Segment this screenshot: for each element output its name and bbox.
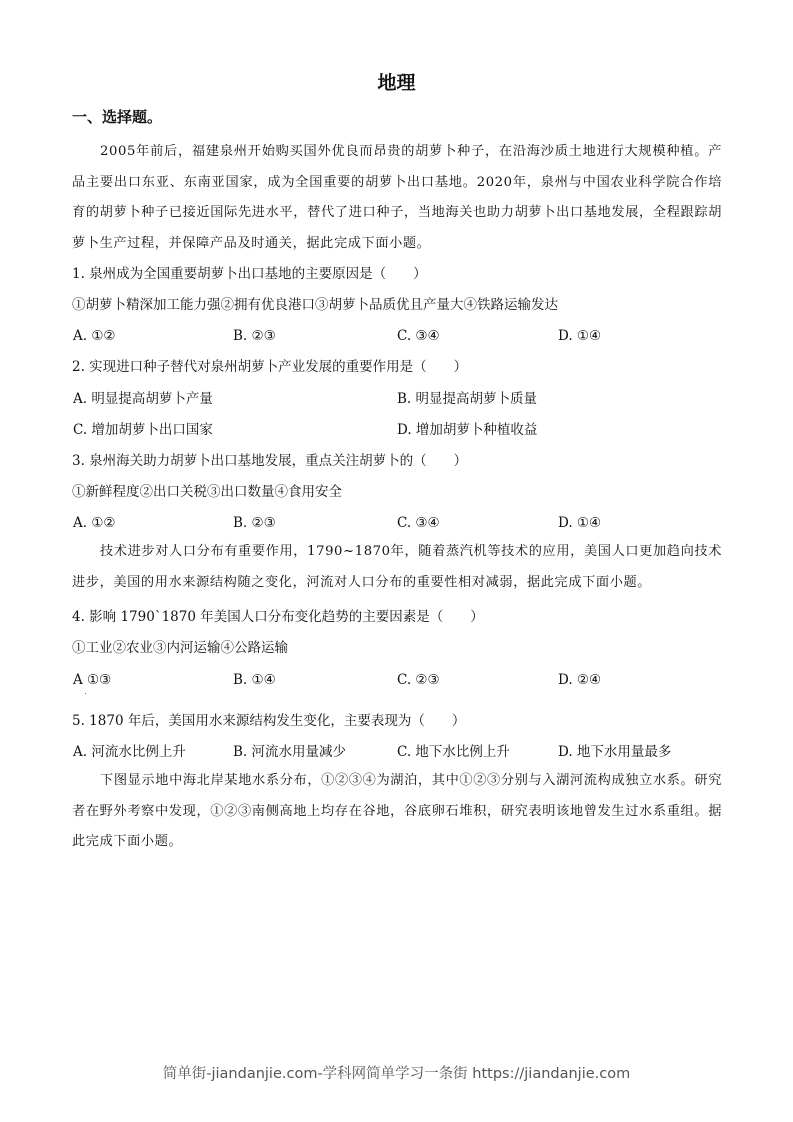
question-1-items: ①胡萝卜精深加工能力强②拥有优良港口③胡萝卜品质优且产量大④铁路运输发达 — [72, 295, 558, 315]
question-5-option-b[interactable]: B. 河流水用量减少 — [233, 742, 346, 762]
question-4-option-b[interactable]: B. ①④ — [233, 670, 276, 690]
question-3-option-d[interactable]: D. ①④ — [558, 513, 601, 533]
footer-watermark: 简单街-jiandanjie.com-学科网简单学习一条街 https://ji… — [0, 1062, 793, 1083]
question-5-stem: 5. 1870 年后，美国用水来源结构发生变化，主要表现为（ ） — [72, 711, 465, 731]
passage-drainage: 下图显示地中海北岸某地水系分布，①②③④为湖泊，其中①②③分别与入湖河流构成独立… — [72, 766, 722, 858]
question-4-items: ①工业②农业③内河运输④公路运输 — [72, 638, 288, 658]
question-3-option-a[interactable]: A. ①② — [73, 513, 116, 533]
question-4-option-a[interactable]: A ①③ — [73, 670, 111, 690]
passage-population: 技术进步对人口分布有重要作用，1790~1870年，随着蒸汽机等技术的应用，美国… — [72, 537, 722, 598]
question-1-option-d[interactable]: D. ①④ — [558, 326, 601, 346]
stray-dot — [85, 693, 86, 694]
question-2-option-c[interactable]: C. 增加胡萝卜出口国家 — [73, 420, 213, 440]
question-2-option-a[interactable]: A. 明显提高胡萝卜产量 — [73, 389, 213, 409]
question-1-stem: 1. 泉州成为全国重要胡萝卜出口基地的主要原因是（ ） — [72, 264, 427, 284]
question-5-option-d[interactable]: D. 地下水用量最多 — [558, 742, 671, 762]
question-1-option-c[interactable]: C. ③④ — [397, 326, 440, 346]
question-5-option-c[interactable]: C. 地下水比例上升 — [397, 742, 510, 762]
question-2-option-b[interactable]: B. 明显提高胡萝卜质量 — [397, 389, 537, 409]
question-4-option-c[interactable]: C. ②③ — [397, 670, 440, 690]
question-1-option-a[interactable]: A. ①② — [73, 326, 116, 346]
question-1-option-b[interactable]: B. ②③ — [233, 326, 276, 346]
passage-carrot: 2005年前后，福建泉州开始购买国外优良而昂贵的胡萝卜种子，在沿海沙质土地进行大… — [72, 137, 722, 259]
section-heading: 一、选择题。 — [72, 106, 162, 127]
question-3-stem: 3. 泉州海关助力胡萝卜出口基地发展，重点关注胡萝卜的（ ） — [72, 451, 467, 471]
question-4-stem: 4. 影响 1790`1870 年美国人口分布变化趋势的主要因素是（ ） — [72, 607, 484, 627]
question-2-option-d[interactable]: D. 增加胡萝卜种植收益 — [397, 420, 537, 440]
question-3-option-c[interactable]: C. ③④ — [397, 513, 440, 533]
question-2-stem: 2. 实现进口种子替代对泉州胡萝卜产业发展的重要作用是（ ） — [72, 357, 467, 377]
page-title: 地理 — [0, 68, 793, 95]
question-5-option-a[interactable]: A. 河流水比例上升 — [73, 742, 186, 762]
question-3-option-b[interactable]: B. ②③ — [233, 513, 276, 533]
question-3-items: ①新鲜程度②出口关税③出口数量④食用安全 — [72, 482, 342, 502]
question-4-option-d[interactable]: D. ②④ — [558, 670, 601, 690]
